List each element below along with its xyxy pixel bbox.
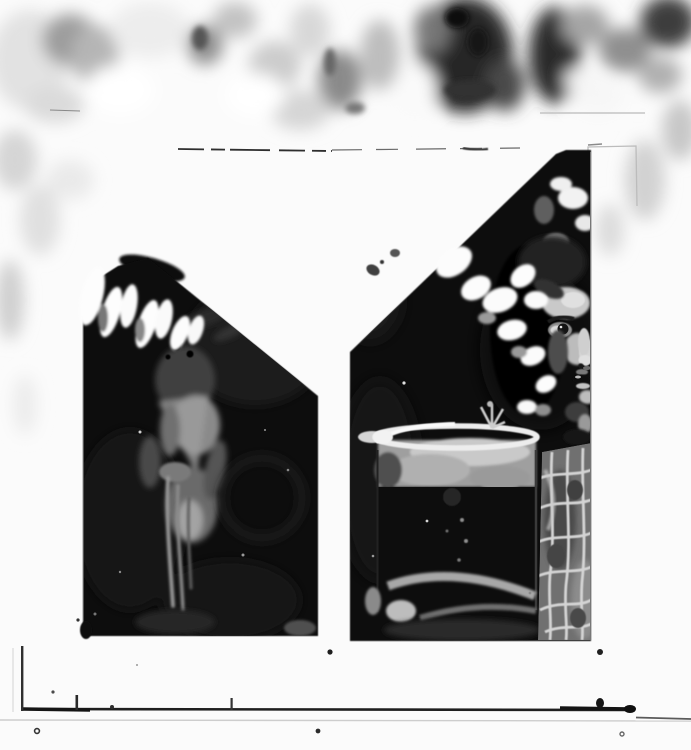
speck — [139, 431, 142, 434]
frame-left-vertical — [21, 646, 23, 711]
speck — [242, 554, 245, 557]
speck — [264, 429, 266, 431]
plaid-patch — [570, 608, 586, 628]
bubble — [460, 518, 464, 522]
upper-lip-shadow — [576, 369, 588, 375]
seam-tick — [76, 695, 79, 710]
speck — [402, 381, 405, 384]
sill-seam-line — [22, 709, 632, 710]
leaf-silhouette — [192, 26, 208, 50]
leaf-gray — [534, 196, 554, 224]
speck — [529, 592, 532, 595]
speck — [426, 520, 429, 523]
leaf-blob — [638, 57, 682, 93]
leaf-silhouette — [445, 8, 469, 28]
paint-speck — [136, 664, 138, 666]
under-jar-glow — [384, 619, 540, 641]
leaf-silhouette — [444, 80, 496, 100]
leaf-blob — [110, 2, 190, 58]
leaf-silhouette — [324, 48, 336, 76]
plaid-patch — [567, 480, 583, 500]
bottom-glow — [135, 610, 215, 634]
seam-drip — [596, 698, 604, 708]
leaf-silhouette — [380, 260, 384, 264]
leaf-gray — [478, 312, 496, 324]
liquid-blob — [443, 488, 461, 506]
photo-canvas — [0, 0, 691, 750]
bubble — [457, 558, 461, 562]
nostril — [578, 363, 583, 368]
nose-bridge — [578, 328, 590, 356]
screw-dot — [51, 690, 54, 693]
leaf-highlight — [550, 177, 572, 191]
leaf-silhouette — [390, 249, 400, 257]
base-glow — [365, 587, 381, 615]
plaid-patch — [547, 544, 565, 568]
photograph — [0, 0, 691, 750]
speck — [119, 571, 121, 573]
leaf-gray — [511, 346, 527, 358]
drip-source — [159, 462, 191, 482]
leaf-highlight — [225, 73, 285, 117]
leaf-blob — [46, 160, 94, 200]
leaf-blob — [414, 6, 450, 54]
frame-corner-tick — [588, 144, 602, 145]
leaf-blob — [25, 87, 85, 123]
leaf-blob — [20, 185, 60, 255]
base-glow — [386, 600, 416, 622]
leaf-blob — [290, 4, 330, 56]
leaf-blob — [561, 5, 609, 45]
ghost-wisp — [160, 404, 180, 456]
speck — [372, 555, 375, 558]
corner-wisp — [284, 620, 316, 636]
leaf-blob — [596, 204, 624, 256]
pane-corner-blob — [80, 621, 92, 639]
leaf-blob — [625, 140, 665, 220]
glint-dark — [166, 355, 171, 360]
collar-shadow — [563, 429, 591, 445]
leaf-silhouette — [468, 28, 488, 56]
sill-seam-thick — [560, 708, 632, 709]
cheek-shadow — [548, 330, 568, 374]
sill-faint-line — [0, 720, 691, 721]
mouth-opening — [573, 375, 590, 384]
screw-dot — [597, 649, 603, 655]
leaf-highlight — [524, 291, 548, 309]
lower-lip — [576, 383, 590, 389]
leaf-highlight — [517, 400, 537, 414]
leaf-finger-shadow — [98, 304, 108, 332]
sill-seam-thick — [22, 709, 90, 710]
leaf-finger-shadow — [135, 318, 145, 342]
ghost-wisp — [139, 436, 161, 488]
plaid-shirt — [538, 443, 599, 640]
leaf-blob — [360, 20, 400, 90]
jar-rim-left-glint — [373, 430, 393, 444]
bubble — [464, 539, 468, 543]
dark-liquid — [377, 487, 537, 614]
seam-end-blob — [624, 705, 636, 713]
eye-catchlight — [560, 326, 563, 329]
paint-speck — [76, 618, 79, 621]
seam-bump — [110, 705, 114, 709]
surface-wisp — [470, 466, 530, 490]
screw-dot — [327, 649, 332, 654]
leaf-highlight — [393, 62, 437, 118]
bubble — [446, 530, 449, 533]
sprig-tip — [487, 401, 493, 407]
leaf-silhouette — [345, 102, 365, 114]
leaf-blob — [213, 2, 257, 38]
leaf-blob — [13, 375, 37, 435]
leaf-highlight — [85, 65, 155, 115]
leaf-gray — [535, 404, 551, 416]
forehead-highlight — [561, 292, 585, 308]
speck — [287, 469, 290, 472]
leaf-highlight — [564, 68, 596, 92]
teeth-glint — [575, 376, 581, 379]
speck — [94, 613, 97, 616]
glint-dark — [187, 351, 194, 358]
screw-dot — [316, 729, 321, 734]
seam-tick — [231, 698, 233, 710]
